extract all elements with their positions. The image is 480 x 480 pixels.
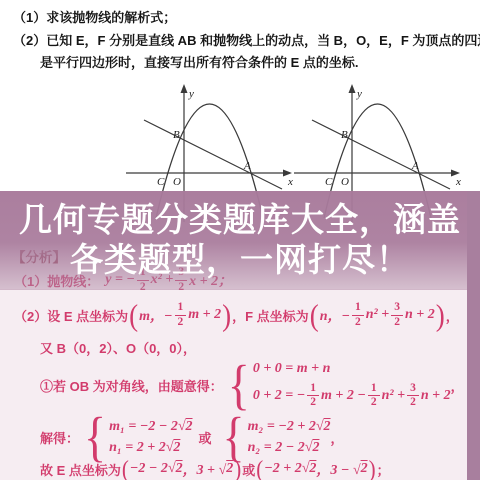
problem-line-3: 是平行四边形时，直接写出所有符合条件的 E 点的坐标. xyxy=(13,52,476,75)
origin-label: O xyxy=(341,176,349,188)
banner-line-1: 几何专题分类题库大全，涵盖 xyxy=(0,200,480,240)
fraction: 32 xyxy=(407,382,419,409)
or-text: 或 xyxy=(199,428,212,447)
point-c-label: C xyxy=(157,176,165,188)
left-brace: { xyxy=(228,357,250,412)
line-ab xyxy=(144,120,282,189)
radicand: 2 xyxy=(361,461,368,477)
left-paren: ( xyxy=(129,299,138,330)
analysis-line-coordinates: （2）设 E 点坐标为 ( m，− 12 m + 2 ) ，F 点坐标为 ( n… xyxy=(14,296,459,334)
y-axis-label: y xyxy=(188,88,194,100)
point-b-label: B xyxy=(173,129,180,141)
problem-statement: （1）求该抛物线的解析式； （2）已知 E，F 分别是直线 AB 和抛物线上的动… xyxy=(13,7,476,75)
item2-label: （2）设 E 点坐标为 xyxy=(14,306,128,325)
equation-part: m，− xyxy=(139,305,172,325)
right-paren: ) xyxy=(369,457,376,480)
system-equation-1: 0 + 0 = m + n xyxy=(253,361,451,377)
fraction: 12 xyxy=(352,301,364,328)
right-paren: ) xyxy=(436,299,445,330)
promo-banner: 几何专题分类题库大全，涵盖 各类题型，一网打尽！ xyxy=(0,191,480,290)
solve-label: 解得： xyxy=(40,428,79,447)
line-ab xyxy=(312,120,450,189)
comma: ， xyxy=(446,306,459,325)
solution-m1: m₁ = −2 − 2√2 xyxy=(109,419,192,435)
connector-text: ，F 点坐标为 xyxy=(232,306,309,325)
radicand: 2 xyxy=(176,461,183,477)
point-c-label: C xyxy=(325,176,333,188)
conclusion-label: 故 E 点坐标为 xyxy=(40,460,121,479)
radicand: 2 xyxy=(226,461,233,477)
solution-m2: m₂ = −2 + 2√2 xyxy=(248,419,331,435)
left-paren: ( xyxy=(310,299,319,330)
equation-part: n + 2 xyxy=(405,307,435,323)
semicolon: ； xyxy=(377,460,390,479)
radicand: 2 xyxy=(186,419,193,435)
equation-part: n，− xyxy=(320,305,350,325)
point-a-label: A xyxy=(243,160,251,172)
equation-part: n² + xyxy=(366,307,389,323)
right-paren: ) xyxy=(234,457,241,480)
fraction: 12 xyxy=(175,301,187,328)
comma: ， xyxy=(331,428,344,447)
fraction: 12 xyxy=(368,382,380,409)
left-paren: ( xyxy=(256,457,263,480)
case1-label: ①若 OB 为对角线，由题意得： xyxy=(40,376,223,395)
point-b-label: B xyxy=(341,129,348,141)
equation-system: { 0 + 0 = m + n 0 + 2 = − 12 m + 2 − 12 … xyxy=(228,361,451,409)
y-axis-label: y xyxy=(356,88,362,100)
equation-part: m + 2 xyxy=(188,307,221,323)
right-paren: ) xyxy=(222,299,231,330)
origin-label: O xyxy=(173,176,181,188)
x-axis-label: x xyxy=(455,176,461,188)
or-text: 或 xyxy=(242,460,255,479)
y-axis-arrow xyxy=(181,84,188,93)
y-axis-arrow xyxy=(349,84,356,93)
point-a-label: A xyxy=(411,160,419,172)
analysis-line-conclusion: 故 E 点坐标为 ( −2 − 2√ 2 ，3 + √ 2 ) 或 ( −2 +… xyxy=(40,454,390,480)
problem-line-1: （1）求该抛物线的解析式； xyxy=(13,7,476,30)
fraction: 12 xyxy=(307,382,319,409)
banner-line-2: 各类题型，一网打尽！ xyxy=(0,240,480,280)
problem-line-2: （2）已知 E，F 分别是直线 AB 和抛物线上的动点，当 B，O，E，F 为顶… xyxy=(13,30,476,53)
radicand: 2 xyxy=(309,461,316,477)
left-paren: ( xyxy=(122,457,129,480)
comma: ， xyxy=(451,376,464,395)
fraction: 32 xyxy=(391,301,403,328)
right-edge-bar xyxy=(467,191,480,480)
radicand: 2 xyxy=(324,419,331,435)
system-equation-2: 0 + 2 = − 12 m + 2 − 12 n² + 32 n + 2 xyxy=(253,382,451,409)
